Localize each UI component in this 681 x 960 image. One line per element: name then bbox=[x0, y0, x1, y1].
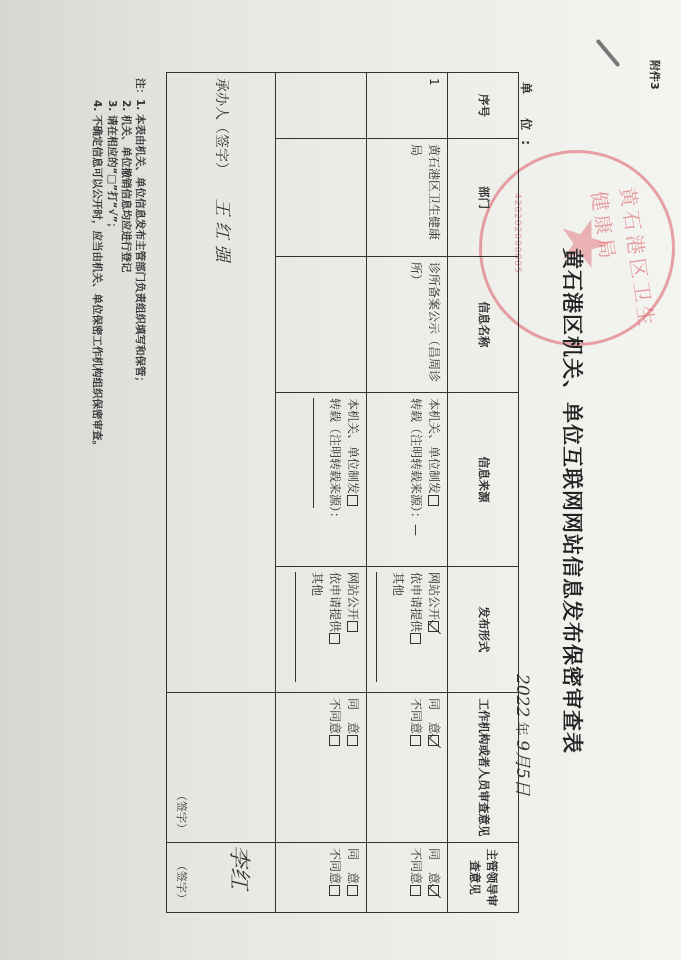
page-title: 黄石港区机关、单位互联网网站信息发布保密审查表 bbox=[558, 248, 588, 754]
work-agree-label: 同 意 bbox=[346, 698, 360, 734]
publish-other-field[interactable] bbox=[295, 572, 306, 682]
publish-website-label: 网站公开 bbox=[427, 572, 441, 620]
work-agree-checkbox[interactable] bbox=[428, 735, 439, 746]
publish-request-checkbox[interactable] bbox=[329, 633, 340, 644]
table-row: 本机关、单位制发 转载（注明转载来源）： 网站公开 依申请提供 其他 同 意 不… bbox=[276, 73, 367, 913]
publish-other-label: 其他 bbox=[391, 572, 405, 596]
note-3: 3. 请在相应的“□”打“√”； bbox=[104, 78, 118, 451]
row-department[interactable]: 黄石港区卫生健康局 bbox=[367, 139, 448, 257]
row-index: 1 bbox=[367, 73, 448, 139]
source-reprint-label: 转载（注明转载来源）： bbox=[328, 398, 342, 524]
note-4: 4. 不确定信息可以公开时，应当由机关、单位保密工作机构组织保密审查。 bbox=[90, 78, 104, 451]
review-form-sheet: 附件3 黄石港区卫生健康局 ★ 420202000805 黄石港区机关、单位互联… bbox=[0, 0, 681, 960]
row-publish-form: 网站公开 依申请提供 其他 bbox=[276, 567, 367, 693]
notes: 注：1. 本表由机关、单位信息发布主管部门负责组织填写和保管； 2. 机关、单位… bbox=[90, 78, 147, 451]
publish-website-checkbox[interactable] bbox=[347, 621, 358, 632]
handler-cell: 承办人（签字） 王红强 bbox=[167, 73, 276, 693]
header-work-review: 工作机构或者人员审查意见 bbox=[448, 693, 519, 843]
publish-request-label: 依申请提供 bbox=[409, 572, 423, 632]
source-reprint-label: 转载（注明转载来源）： bbox=[409, 398, 423, 524]
header-department: 部门 bbox=[448, 139, 519, 257]
publish-request-label: 依申请提供 bbox=[328, 572, 342, 632]
header-info-source: 信息来源 bbox=[448, 393, 519, 567]
note-2: 2. 机关、单位撤销信息均应进行登记 bbox=[119, 78, 133, 451]
source-reprint-field[interactable] bbox=[313, 398, 324, 508]
header-leader-review: 主管领导审查意见 bbox=[448, 843, 519, 913]
leader-signature: 李红 bbox=[222, 845, 255, 889]
work-disagree-checkbox[interactable] bbox=[329, 735, 340, 746]
publish-other-label: 其他 bbox=[310, 572, 324, 596]
handler-label: 承办人（签字） bbox=[213, 78, 229, 176]
leader-agree-label: 同 意 bbox=[346, 848, 360, 884]
header-index: 序号 bbox=[448, 73, 519, 139]
work-disagree-label: 不同意 bbox=[328, 698, 342, 734]
work-agree-checkbox[interactable] bbox=[347, 735, 358, 746]
leader-agree-checkbox[interactable] bbox=[347, 885, 358, 896]
row-work-review: 同 意 不同意 bbox=[276, 693, 367, 843]
header-info-name: 信息名称 bbox=[448, 257, 519, 393]
publish-other-field[interactable] bbox=[376, 572, 387, 682]
row-info-source: 本机关、单位制发 转载（注明转载来源）： bbox=[276, 393, 367, 567]
row-work-review: 同 意 不同意 bbox=[367, 693, 448, 843]
attachment-label: 附件3 bbox=[647, 60, 663, 90]
row-department[interactable] bbox=[276, 139, 367, 257]
unit-label: 单 位: bbox=[518, 82, 535, 155]
work-sign-label: （签字） bbox=[173, 790, 190, 834]
row-publish-form: 网站公开 依申请提供 其他 bbox=[367, 567, 448, 693]
publish-website-checkbox[interactable] bbox=[428, 621, 439, 632]
work-sign-cell[interactable]: （签字） bbox=[167, 693, 276, 843]
work-agree-label: 同 意 bbox=[427, 698, 441, 734]
work-disagree-checkbox[interactable] bbox=[410, 735, 421, 746]
source-own-label: 本机关、单位制发 bbox=[346, 398, 360, 494]
table-row: 1 黄石港区卫生健康局 诊所备案公示（昌周诊所） 本机关、单位制发 转载（注明转… bbox=[367, 73, 448, 913]
handler-signature[interactable]: 王红强 bbox=[212, 198, 232, 267]
leader-agree-checkbox[interactable] bbox=[428, 885, 439, 896]
header-publish-form: 发布形式 bbox=[448, 567, 519, 693]
row-info-name[interactable] bbox=[276, 257, 367, 393]
leader-sign-cell[interactable]: 李红 （签字） bbox=[167, 843, 276, 913]
source-reprint-value[interactable]: — bbox=[409, 524, 423, 536]
row-leader-review: 同 意 不同意 bbox=[276, 843, 367, 913]
leader-agree-label: 同 意 bbox=[427, 848, 441, 884]
source-own-checkbox[interactable] bbox=[347, 495, 358, 506]
leader-disagree-label: 不同意 bbox=[409, 848, 423, 884]
signature-row: 承办人（签字） 王红强 （签字） 李红 （签字） bbox=[167, 73, 276, 913]
row-leader-review: 同 意 不同意 bbox=[367, 843, 448, 913]
row-index bbox=[276, 73, 367, 139]
review-table: 序号 部门 信息名称 信息来源 发布形式 工作机构或者人员审查意见 主管领导审查… bbox=[166, 72, 519, 913]
note-1: 注：1. 本表由机关、单位信息发布主管部门负责组织填写和保管； bbox=[133, 78, 147, 451]
leader-disagree-label: 不同意 bbox=[328, 848, 342, 884]
work-disagree-label: 不同意 bbox=[409, 698, 423, 734]
row-info-name[interactable]: 诊所备案公示（昌周诊所） bbox=[367, 257, 448, 393]
table-header-row: 序号 部门 信息名称 信息来源 发布形式 工作机构或者人员审查意见 主管领导审查… bbox=[448, 73, 519, 913]
source-own-checkbox[interactable] bbox=[428, 495, 439, 506]
leader-disagree-checkbox[interactable] bbox=[329, 885, 340, 896]
publish-website-label: 网站公开 bbox=[346, 572, 360, 620]
leader-sign-label: （签字） bbox=[173, 860, 190, 904]
leader-disagree-checkbox[interactable] bbox=[410, 885, 421, 896]
publish-request-checkbox[interactable] bbox=[410, 633, 421, 644]
row-info-source: 本机关、单位制发 转载（注明转载来源）：— bbox=[367, 393, 448, 567]
source-own-label: 本机关、单位制发 bbox=[427, 398, 441, 494]
